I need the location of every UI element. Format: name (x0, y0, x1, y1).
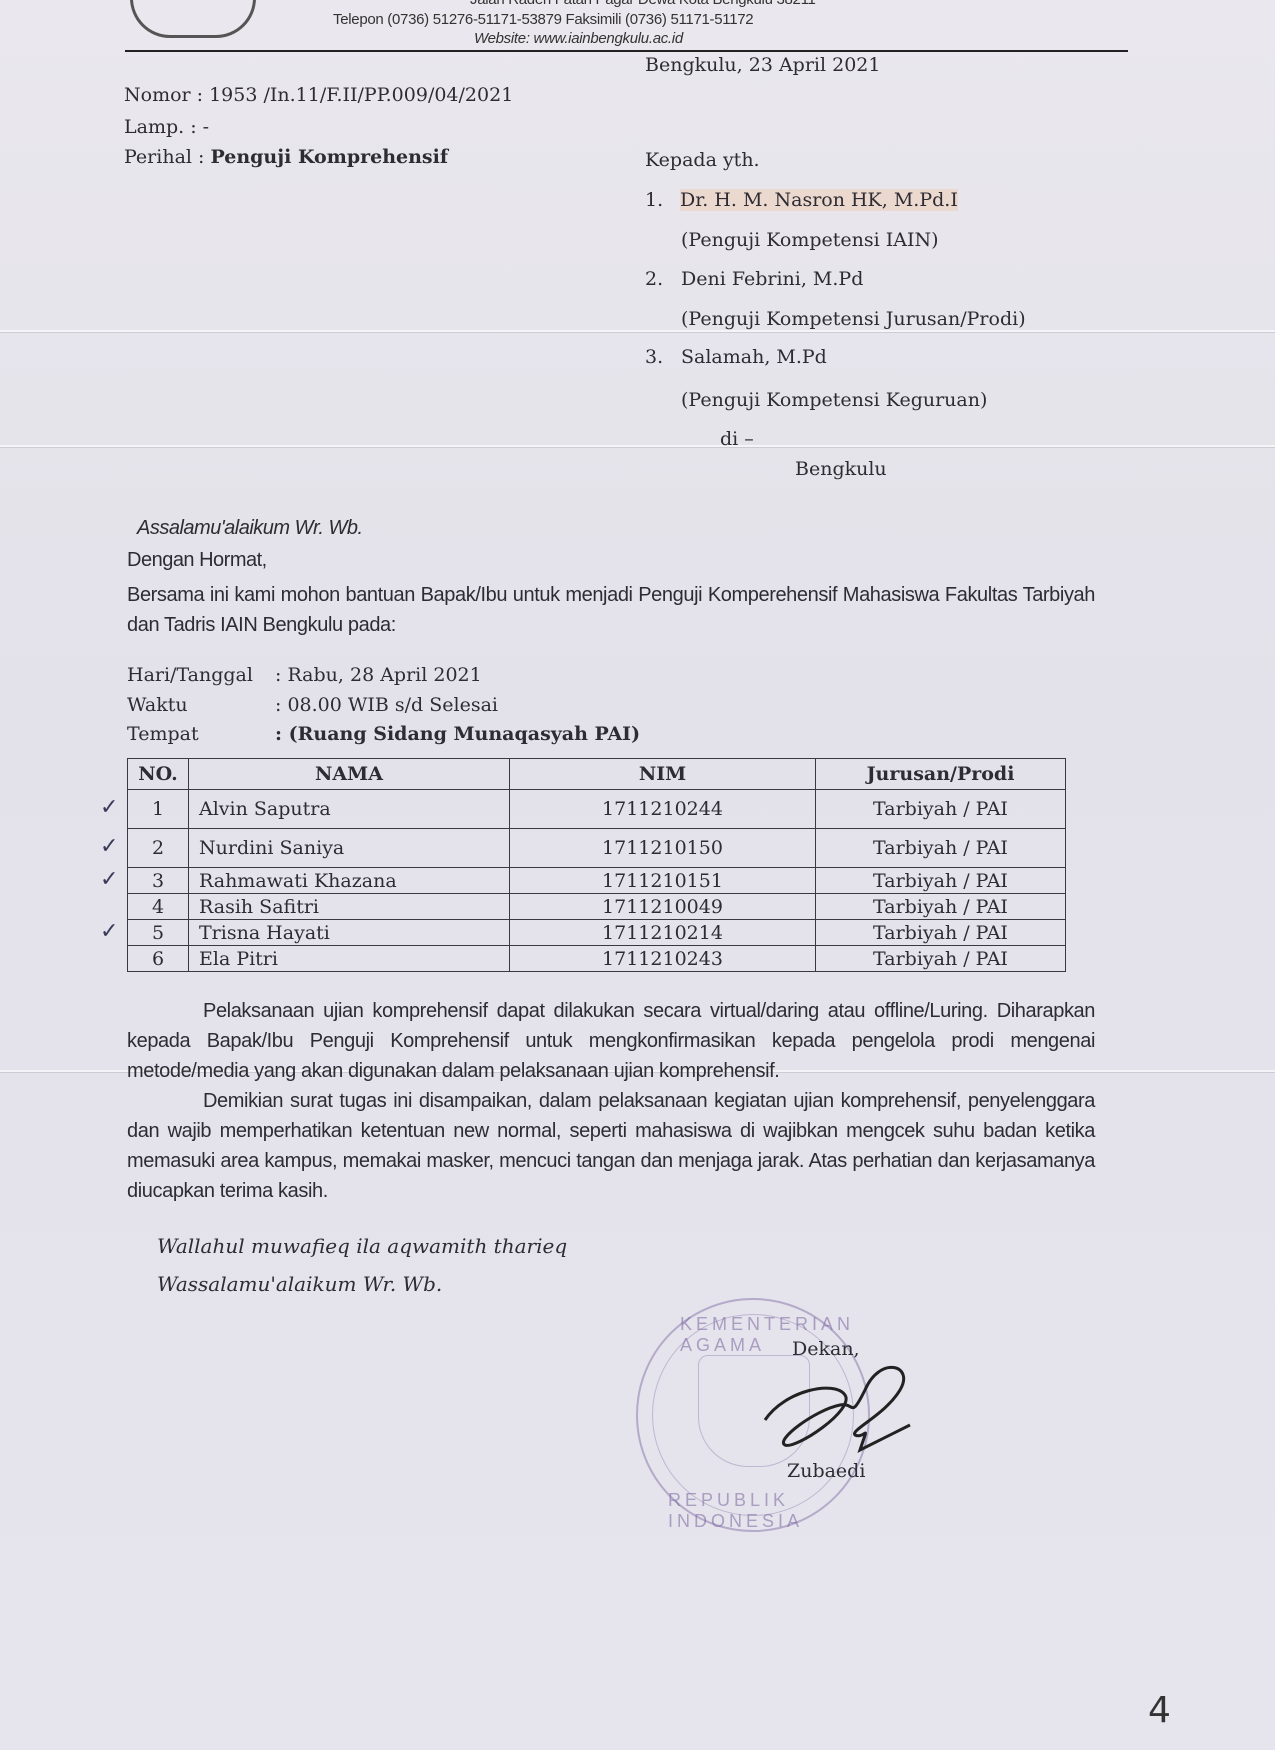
closing-line-1: Wallahul muwafieq ila aqwamith tharieq (157, 1234, 567, 1258)
recipient-city: Bengkulu (795, 458, 887, 480)
table-row: 3Rahmawati Khazana1711210151Tarbiyah / P… (128, 868, 1066, 894)
examinee-table: NO. NAMA NIM Jurusan/Prodi 1Alvin Saputr… (127, 758, 1066, 972)
cell-no: 6 (128, 946, 189, 972)
cell-nama: Rahmawati Khazana (189, 868, 510, 894)
recipient-3-role: (Penguji Kompetensi Keguruan) (681, 389, 987, 411)
cell-nama: Alvin Saputra (189, 790, 510, 829)
paragraph-1: Pelaksanaan ujian komprehensif dapat dil… (127, 996, 1095, 1086)
table-row: 2Nurdini Saniya1711210150Tarbiyah / PAI (128, 829, 1066, 868)
table-row: 4Rasih Safitri1711210049Tarbiyah / PAI (128, 894, 1066, 920)
perihal-value: Penguji Komprehensif (210, 146, 448, 168)
col-nim: NIM (510, 759, 816, 790)
letterhead-divider (125, 50, 1128, 52)
closing-line-2: Wassalamu'alaikum Wr. Wb. (157, 1272, 442, 1296)
time-label: Waktu (127, 694, 188, 716)
cell-no: 3 (128, 868, 189, 894)
cell-nim: 1711210214 (510, 920, 816, 946)
paper-fold (0, 330, 1275, 332)
page-mark: 4 (1148, 1690, 1171, 1731)
recipient-2-name: Deni Febrini, M.Pd (681, 268, 863, 290)
recipient-3-num: 3. (645, 346, 663, 368)
salutation: Dengan Hormat, (127, 549, 267, 572)
check-mark-icon: ✓ (100, 919, 118, 944)
cell-no: 5 (128, 920, 189, 946)
cell-nim: 1711210151 (510, 868, 816, 894)
place-label: Tempat (127, 723, 199, 745)
day-value: : Rabu, 28 April 2021 (275, 664, 482, 686)
table-header-row: NO. NAMA NIM Jurusan/Prodi (128, 759, 1066, 790)
cell-nim: 1711210243 (510, 946, 816, 972)
handwritten-signature (755, 1350, 935, 1470)
cell-no: 2 (128, 829, 189, 868)
cell-prodi: Tarbiyah / PAI (816, 920, 1066, 946)
cell-nim: 1711210049 (510, 894, 816, 920)
check-mark-icon: ✓ (100, 834, 118, 859)
check-mark-icon: ✓ (100, 867, 118, 892)
check-mark-icon: ✓ (100, 795, 118, 820)
nomor-value: 1953 /In.11/F.II/PP.009/04/2021 (209, 84, 513, 106)
stamp-bottom-text: REPUBLIK INDONESIA (668, 1490, 868, 1532)
recipient-1-num: 1. (645, 189, 663, 211)
col-nama: NAMA (189, 759, 510, 790)
table-row: 1Alvin Saputra1711210244Tarbiyah / PAI (128, 790, 1066, 829)
letterhead-address: Jalan Raden Fatah Pagar Dewa Kota Bengku… (470, 0, 816, 8)
cell-prodi: Tarbiyah / PAI (816, 894, 1066, 920)
place-date: Bengkulu, 23 April 2021 (645, 54, 880, 76)
cell-nama: Ela Pitri (189, 946, 510, 972)
nomor-label: Nomor : (124, 84, 203, 106)
table-body: 1Alvin Saputra1711210244Tarbiyah / PAI2N… (128, 790, 1066, 972)
greeting: Assalamu'alaikum Wr. Wb. (137, 517, 363, 540)
recipient-1-name: Dr. H. M. Nasron HK, M.Pd.I (680, 189, 958, 211)
recipient-2-role: (Penguji Kompetensi Jurusan/Prodi) (681, 308, 1026, 330)
recipient-intro: Kepada yth. (645, 149, 760, 171)
cell-nim: 1711210150 (510, 829, 816, 868)
cell-nama: Trisna Hayati (189, 920, 510, 946)
day-label: Hari/Tanggal (127, 664, 253, 686)
cell-prodi: Tarbiyah / PAI (816, 790, 1066, 829)
lamp-label: Lamp. (124, 116, 184, 138)
cell-no: 4 (128, 894, 189, 920)
recipient-di: di – (720, 428, 754, 450)
col-no: NO. (128, 759, 189, 790)
cell-prodi: Tarbiyah / PAI (816, 868, 1066, 894)
paper-fold (0, 445, 1275, 447)
table-row: 5Trisna Hayati1711210214Tarbiyah / PAI (128, 920, 1066, 946)
lamp-line: Lamp. : - (124, 116, 209, 138)
perihal-line: Perihal : Penguji Komprehensif (124, 146, 448, 168)
nomor-line: Nomor : 1953 /In.11/F.II/PP.009/04/2021 (124, 84, 513, 106)
intro-paragraph: Bersama ini kami mohon bantuan Bapak/Ibu… (127, 580, 1095, 640)
place-value: : (Ruang Sidang Munaqasyah PAI) (275, 723, 640, 745)
perihal-label: Perihal : (124, 146, 204, 168)
recipient-2-num: 2. (645, 268, 663, 290)
recipient-1-role: (Penguji Kompetensi IAIN) (681, 229, 939, 251)
cell-nim: 1711210244 (510, 790, 816, 829)
cell-prodi: Tarbiyah / PAI (816, 946, 1066, 972)
cell-prodi: Tarbiyah / PAI (816, 829, 1066, 868)
cell-nama: Rasih Safitri (189, 894, 510, 920)
col-prodi: Jurusan/Prodi (816, 759, 1066, 790)
lamp-value: : - (190, 116, 209, 138)
letterhead-phone: Telepon (0736) 51276-51171-53879 Faksimi… (333, 11, 753, 28)
table-row: 6Ela Pitri1711210243Tarbiyah / PAI (128, 946, 1066, 972)
letterhead-website: Website: www.iainbengkulu.ac.id (474, 30, 683, 47)
signatory-name: Zubaedi (787, 1460, 865, 1482)
cell-nama: Nurdini Saniya (189, 829, 510, 868)
cell-no: 1 (128, 790, 189, 829)
recipient-3-name: Salamah, M.Pd (681, 346, 827, 368)
time-value: : 08.00 WIB s/d Selesai (275, 694, 498, 716)
paragraph-2: Demikian surat tugas ini disampaikan, da… (127, 1086, 1095, 1206)
